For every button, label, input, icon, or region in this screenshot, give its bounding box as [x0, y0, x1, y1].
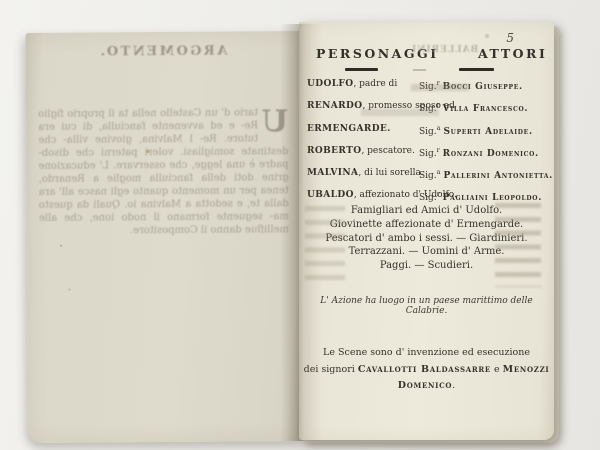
bleedthrough-line: danno il Compositore.: [130, 224, 242, 236]
character: RENARDO: [307, 101, 362, 111]
cast-row: ERMENGARDE. Sig.a Superti Adelaide.: [307, 124, 549, 146]
heading-rule: [345, 68, 378, 71]
bleedthrough-line: osservare. L' educazione: [38, 160, 165, 172]
actor: Pallerini Antonietta.: [443, 171, 553, 181]
character-name: UDOLFO, padre di: [307, 79, 397, 89]
character: ROBERTO: [307, 146, 361, 156]
ensemble-line: Terrazzani. — Uomini d' Arme.: [299, 245, 554, 259]
bleedthrough-line: te, e sedotta a Malvina: [136, 198, 260, 210]
sig-abbrev: Sig.: [419, 193, 437, 203]
actor-name: Sig.a Pallerini Antonietta.: [419, 168, 553, 181]
sig-superscript: a: [437, 168, 441, 176]
character-role: , padre di: [353, 79, 397, 89]
sig-superscript: r: [437, 79, 440, 87]
paper-speck: [68, 289, 70, 291]
heading-attori: ATTORI: [478, 46, 547, 61]
sig-abbrev: Sig.: [419, 104, 437, 114]
sig-abbrev: Sig.: [419, 171, 437, 181]
bleedthrough-drop-cap: U: [258, 106, 288, 135]
character: UBALDO: [307, 190, 354, 200]
sig-abbrev: Sig.: [419, 149, 437, 159]
credits-prefix: dei signori: [304, 364, 358, 375]
bleedthrough-ballerini: BALLERINI: [411, 45, 478, 55]
actor-name: Sig.a Superti Adelaide.: [419, 124, 533, 137]
sig-superscript: a: [437, 124, 441, 132]
heading-rule: [459, 68, 494, 71]
character-name: MALVINA, di lui sorella.: [307, 168, 424, 178]
open-book-photo: ARGOMENTO. Utario d' un Castello nellata…: [0, 0, 600, 450]
bleedthrough-line: padre è una legge, che: [165, 159, 288, 171]
bleedthrough-line: e ed avvenente fanciulla,: [92, 121, 235, 133]
sig-superscript: r: [437, 146, 440, 154]
cast-list: UDOLFO, padre di Sig.r Bocci Giuseppe. R…: [307, 79, 549, 213]
paper-speck: [485, 34, 489, 38]
bleedthrough-line: grine doti della fanciulla: [141, 172, 288, 184]
actor: Ronzani Domenico.: [443, 149, 539, 159]
ensemble-list: Famigliari ed Amici d' Udolfo.Giovinette…: [299, 204, 554, 273]
character: UDOLFO: [307, 79, 353, 89]
character: ERMENGARDE.: [307, 124, 391, 134]
setting-note: L' Azione ha luogo in un paese marittimo…: [299, 296, 554, 316]
character-role: , di lui sorella.: [358, 168, 423, 178]
bleedthrough-text-block: ARGOMENTO. Utario d' un Castello nellata…: [38, 41, 289, 238]
ensemble-line: Famigliari ed Amici d' Udolfo.: [299, 204, 554, 218]
character-name: ROBERTO, pescatore.: [307, 146, 415, 156]
bleedthrough-paragraph: Utario d' un Castello nellata il proprio…: [38, 106, 289, 238]
sig-superscript: r: [437, 190, 440, 198]
cast-row: RENARDO, promesso sposo ad Sig.r Villa F…: [307, 101, 549, 123]
actor: Superti Adelaide.: [443, 127, 532, 137]
right-page: 5 PERSONAGGI BALLERINI ATTORI UDOLFO, pa…: [299, 22, 554, 440]
ensemble-line: Pescatori d' ambo i sessi. — Giardinieri…: [299, 232, 554, 246]
actor: Bocci Giuseppe.: [443, 82, 523, 92]
character: MALVINA: [307, 168, 358, 178]
cast-row: UDOLFO, padre di Sig.r Bocci Giuseppe.: [307, 79, 549, 101]
ensemble-line: Giovinette affezionate d' Ermengarde.: [299, 218, 554, 232]
credits-conjunction: e: [491, 364, 503, 375]
paper-speck: [60, 245, 62, 247]
scene-credits: Le Scene sono d' invenzione ed esecuzion…: [299, 345, 554, 395]
credits-line-1: Le Scene sono d' invenzione ed esecuzion…: [299, 345, 554, 362]
bleedthrough-rule: [413, 69, 426, 71]
cast-row: ROBERTO, pescatore. Sig.r Ronzani Domeni…: [307, 146, 549, 168]
bleedthrough-line: tario d' un Castello nella: [128, 107, 258, 119]
actor-name: Sig.r Pagliaini Leopoldo.: [419, 190, 542, 203]
actor-name: Sig.r Ronzani Domenico.: [419, 146, 539, 159]
character-role: , pescatore.: [361, 146, 414, 156]
sig-abbrev: Sig.: [419, 127, 437, 137]
bleedthrough-line: l Malvina, giovine villa-: [56, 134, 193, 146]
page-number: 5: [506, 31, 514, 45]
cast-row: MALVINA, di lui sorella. Sig.a Pallerini…: [307, 168, 549, 190]
actor: Pagliaini Leopoldo.: [443, 193, 542, 203]
bleedthrough-lines: tario d' un Castello nellata il proprio …: [38, 107, 289, 236]
credits-line-2: dei signori Cavallotti Baldassarre e Men…: [299, 362, 554, 395]
ensemble-line: Paggi. — Scudieri.: [299, 259, 554, 273]
scenographer-1: Cavallotti Baldassarre: [358, 364, 491, 375]
actor-name: Sig.r Bocci Giuseppe.: [419, 79, 523, 92]
actor: Villa Francesco.: [443, 104, 529, 114]
sig-abbrev: Sig.: [419, 82, 437, 92]
bleedthrough-line: voleri paterni che disob-: [38, 147, 173, 159]
bleedthrough-line: per un momento quanto: [129, 185, 256, 197]
left-page: ARGOMENTO. Utario d' un Castello nellata…: [26, 31, 304, 443]
actor-name: Sig.r Villa Francesco.: [419, 101, 528, 114]
sig-superscript: r: [437, 101, 440, 109]
character-name: ERMENGARDE.: [307, 124, 391, 134]
bleedthrough-title: ARGOMENTO.: [38, 43, 288, 60]
bleedthrough-line: seguente formano il nodo: [114, 211, 263, 223]
credits-suffix: .: [452, 380, 455, 391]
